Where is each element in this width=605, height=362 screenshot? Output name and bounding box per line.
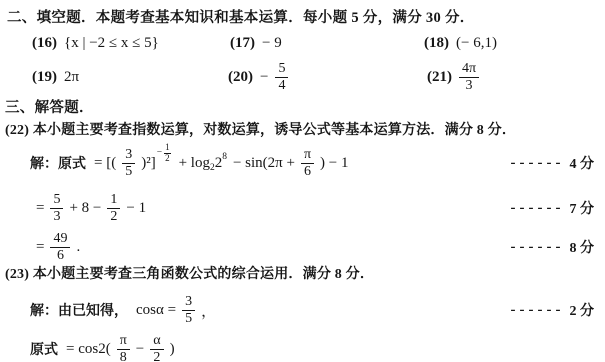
- score-mark-8: ------ 8 分: [511, 237, 594, 257]
- q23-step-2: 原式 = cos2( π 8 − α 2 ): [30, 330, 175, 362]
- answer-17: (17) − 9: [230, 32, 282, 54]
- minus-sign: −: [260, 69, 268, 86]
- fraction-denominator: 5: [182, 311, 195, 326]
- score-mark-4: ------ 4 分: [511, 153, 594, 173]
- fraction-denominator: 2: [150, 350, 163, 362]
- equals-sign: =: [36, 200, 44, 217]
- fraction-5-3: 5 3: [50, 192, 63, 224]
- dash-leader: ------: [511, 155, 565, 172]
- minus-sign: −: [136, 341, 144, 358]
- answer-18-value: (− 6,1): [456, 35, 497, 52]
- fraction-3-5: 3 5: [182, 294, 195, 326]
- log-operator: + log: [179, 155, 210, 172]
- fraction-numerator: 1: [107, 192, 120, 208]
- expression-tail: ) − 1: [320, 155, 348, 172]
- answer-17-value: − 9: [262, 35, 282, 52]
- score-label: 4 分: [570, 153, 595, 173]
- fraction-numerator: π: [117, 333, 130, 349]
- fraction-denominator: 2: [162, 154, 173, 163]
- answer-20-number: (20): [228, 69, 253, 86]
- fraction-numerator: 5: [50, 192, 63, 208]
- fraction-denominator: 2: [107, 209, 120, 224]
- q22-step-3-expression: = 49 6 .: [36, 231, 80, 263]
- middle-terms: + 8 −: [69, 200, 101, 217]
- q23-step-2-expression: 原式 = cos2( π 8 − α 2 ): [30, 333, 175, 362]
- sine-term: − sin(2π +: [233, 155, 295, 172]
- score-label: 2 分: [570, 300, 595, 320]
- fraction-numerator: 3: [122, 147, 135, 163]
- question-23-intro: (23) 本小题主要考查三角函数公式的综合运用．满分 8 分．: [5, 263, 374, 283]
- fraction-denominator: 6: [301, 164, 314, 179]
- cos2-open: = cos2(: [66, 341, 111, 358]
- fraction-denominator: 6: [54, 248, 67, 263]
- answer-17-number: (17): [230, 35, 255, 52]
- exam-solution-document: 二、填空题．本题考查基本知识和基本运算．每小题 5 分，满分 30 分． (16…: [0, 0, 605, 362]
- open-bracket: = [(: [94, 155, 116, 172]
- answer-16-value: {x | −2 ≤ x ≤ 5}: [64, 35, 159, 52]
- cosine-equals: cosα =: [136, 302, 176, 319]
- score-label: 8 分: [570, 237, 595, 257]
- score-label: 7 分: [570, 198, 595, 218]
- fraction-numerator: α: [150, 333, 163, 349]
- q22-step-3: = 49 6 . ------ 8 分: [36, 228, 594, 266]
- q22-step-1-expression: 解：原式 = [( 3 5 )²] − 1 2 + log 2 2: [30, 147, 349, 179]
- question-22-intro: (22) 本小题主要考查指数运算，对数运算，诱导公式等基本运算方法．满分 8 分…: [5, 119, 516, 139]
- fraction-1-2-small: 1 2: [162, 143, 173, 163]
- fraction-numerator: 5: [275, 61, 288, 77]
- section3-heading: 三、解答题．: [5, 96, 94, 117]
- fraction-3-5: 3 5: [122, 147, 135, 179]
- answer-19-value: 2π: [64, 69, 79, 86]
- answer-18-number: (18): [424, 35, 449, 52]
- answer-20: (20) − 5 4: [228, 58, 288, 96]
- q22-step-1: 解：原式 = [( 3 5 )²] − 1 2 + log 2 2: [30, 142, 594, 184]
- solution-label: 解：原式: [30, 153, 86, 173]
- expression-label: 原式: [30, 339, 58, 359]
- answer-18: (18) (− 6,1): [424, 32, 497, 54]
- fraction-numerator: 4π: [459, 61, 479, 77]
- log-base-subscript: 2: [210, 163, 215, 173]
- q22-step-2-expression: = 5 3 + 8 − 1 2 − 1: [36, 192, 146, 224]
- fraction-5-4: 5 4: [275, 61, 288, 93]
- fraction-49-6: 49 6: [50, 231, 70, 263]
- fraction-denominator: 3: [463, 78, 476, 93]
- dash-leader: ------: [511, 302, 565, 319]
- score-mark-7: ------ 7 分: [511, 198, 594, 218]
- answer-21-number: (21): [427, 69, 452, 86]
- fraction-alpha-2: α 2: [150, 333, 163, 362]
- fraction-denominator: 4: [275, 78, 288, 93]
- log-term: + log 2 2 8: [179, 155, 227, 172]
- answer-19-number: (19): [32, 69, 57, 86]
- dash-leader: ------: [511, 200, 565, 217]
- q22-step-2: = 5 3 + 8 − 1 2 − 1 ------ 7 分: [36, 189, 594, 227]
- q23-step-1: 解：由已知得， cosα = 3 5 ， ------ 2 分: [30, 291, 594, 329]
- fraction-1-2: 1 2: [107, 192, 120, 224]
- log-argument-exponent: 8: [222, 152, 227, 162]
- expression-tail: − 1: [126, 200, 146, 217]
- section2-heading: 二、填空题．本题考查基本知识和基本运算．每小题 5 分，满分 30 分．: [7, 6, 475, 27]
- period: .: [76, 239, 80, 256]
- answer-16: (16) {x | −2 ≤ x ≤ 5}: [32, 32, 159, 54]
- fraction-denominator: 8: [117, 350, 130, 362]
- fraction-denominator: 5: [122, 164, 135, 179]
- fraction-denominator: 3: [50, 209, 63, 224]
- comma: ，: [201, 300, 216, 321]
- q23-step-1-expression: 解：由已知得， cosα = 3 5 ，: [30, 294, 216, 326]
- score-mark-2: ------ 2 分: [511, 300, 594, 320]
- fraction-pi-8: π 8: [117, 333, 130, 362]
- close-paren: ): [170, 341, 175, 358]
- fraction-pi-6: π 6: [301, 147, 314, 179]
- answer-21: (21) 4π 3: [427, 58, 479, 96]
- solution-label: 解：由已知得，: [30, 300, 128, 320]
- fraction-numerator: π: [301, 147, 314, 163]
- squared-close-bracket: )²]: [141, 155, 156, 172]
- answer-16-number: (16): [32, 35, 57, 52]
- exponent-minus-half: − 1 2: [157, 143, 173, 163]
- fraction-numerator: 3: [182, 294, 195, 310]
- fraction-4pi-3: 4π 3: [459, 61, 479, 93]
- answer-19: (19) 2π: [32, 58, 79, 96]
- squared-bracket-with-exponent: )²] − 1 2: [141, 153, 172, 173]
- equals-sign: =: [36, 239, 44, 256]
- dash-leader: ------: [511, 239, 565, 256]
- log-argument: 2: [215, 155, 223, 172]
- fraction-numerator: 49: [50, 231, 70, 247]
